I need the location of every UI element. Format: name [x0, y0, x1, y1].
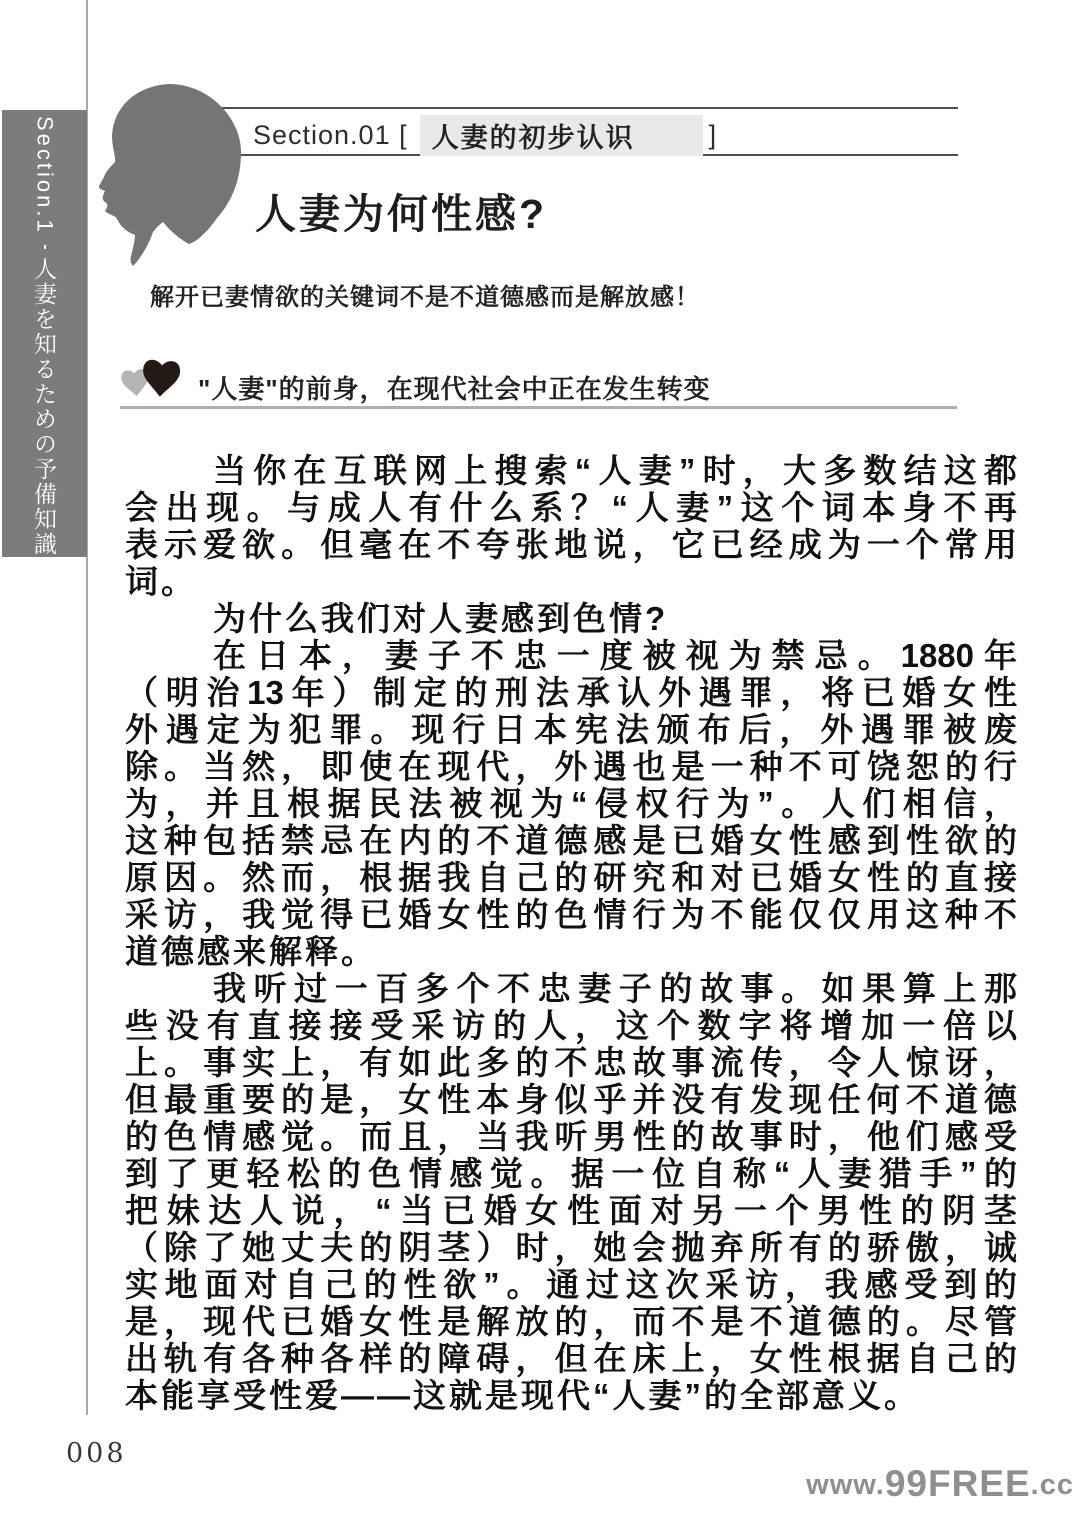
body-text-line: （除了她丈夫的阴茎）时，她会抛弃所有的骄傲，诚 [125, 1229, 1017, 1266]
body-text-line: 当你在互联网上搜索“人妻”时，大多数结这都 [125, 452, 1017, 489]
body-text: 当你在互联网上搜索“人妻”时，大多数结这都会出现。与成人有什么系？“人妻”这个词… [125, 452, 1017, 1414]
body-text-line: 本能享受性爱——这就是现代“人妻”的全部意义。 [125, 1377, 1017, 1414]
section-title-label: 人妻的初步认识 [420, 115, 703, 156]
body-text-line: 为什么我们对人妻感到色情? [125, 600, 1017, 637]
body-text-line: 的色情感觉。而且，当我听男性的故事时，他们感受 [125, 1118, 1017, 1155]
body-text-line: （明治13年）制定的刑法承认外遇罪，将已婚女性 [125, 674, 1017, 711]
sidebar-section-label: Section.1 [32, 116, 58, 235]
body-text-line: 些没有直接接受采访的人，这个数字将增加一倍以 [125, 1007, 1017, 1044]
body-text-line: 把妹达人说，“当已婚女性面对另一个男性的阴茎 [125, 1192, 1017, 1229]
watermark-suffix: .cc [1031, 1471, 1074, 1500]
body-text-line: 上。事实上，有如此多的不忠故事流传，令人惊讶， [125, 1044, 1017, 1081]
page-title: 人妻为何性感? [255, 181, 547, 240]
scanned-book-page: Section.1 人妻を知るための予備知識 Section.01 [ 人妻的初… [0, 0, 1080, 1532]
body-text-line: 但最重要的是，女性本身似乎并没有发现任何不道德 [125, 1081, 1017, 1118]
watermark: www. 99 FREE .cc [806, 1463, 1074, 1500]
body-text-line: 在日本，妻子不忠一度被视为禁忌。1880年 [125, 637, 1017, 674]
body-text-line: 外遇定为犯罪。现行日本宪法颁布后，外遇罪被废 [125, 711, 1017, 748]
sidebar-divider [44, 245, 46, 249]
section-number-label: Section.01 [ [253, 120, 408, 151]
body-text-line: 为，并且根据民法被视为“侵权行为”。人们相信， [125, 785, 1017, 822]
body-text-line: 表示爱欲。但毫在不夸张地说，它已经成为一个常用 [125, 526, 1017, 563]
watermark-name: FREE [928, 1465, 1031, 1502]
body-text-line: 除。当然，即使在现代，外遇也是一种不可饶恕的行 [125, 748, 1017, 785]
body-text-line: 实地面对自己的性欲”。通过这次采访，我感受到的 [125, 1266, 1017, 1303]
header-rule-top [214, 107, 958, 109]
body-text-line: 原因。然而，根据我自己的研究和对已婚女性的直接 [125, 859, 1017, 896]
page-subtitle: 解开已妻情欲的关键词不是不道德感而是解放感！ [150, 277, 700, 312]
body-text-line: 出轨有各种各样的障碍，但在床上，女性根据自己的 [125, 1340, 1017, 1377]
double-heart-icon [117, 358, 197, 410]
body-text-line: 这种包括禁忌在内的不道德感是已婚女性感到性欲的 [125, 822, 1017, 859]
woman-silhouette-icon [97, 82, 247, 268]
body-text-line: 会出现。与成人有什么系？“人妻”这个词本身不再 [125, 489, 1017, 526]
section-label-row: Section.01 [ 人妻的初步认识 ] [253, 119, 716, 151]
watermark-number: 99 [885, 1465, 928, 1502]
body-text-line: 采访，我觉得已婚女性的色情行为不能仅仅用这种不 [125, 896, 1017, 933]
sidebar-section-tab: Section.1 人妻を知るための予備知識 [2, 110, 87, 557]
body-text-line: 是，现代已婚女性是解放的，而不是不道德的。尽管 [125, 1303, 1017, 1340]
watermark-prefix: www. [806, 1471, 885, 1500]
sidebar-subtitle: 人妻を知るための予備知識 [28, 257, 61, 557]
highlight-underline [120, 406, 957, 409]
body-text-line: 词。 [125, 563, 1017, 600]
section-bracket-close: ] [709, 120, 717, 151]
body-text-line: 道德感来解释。 [125, 933, 1017, 970]
page-number: 008 [66, 1438, 127, 1469]
body-text-line: 我听过一百多个不忠妻子的故事。如果算上那 [125, 970, 1017, 1007]
highlight-heading: "人妻"的前身，在现代社会中正在发生转变 [198, 369, 711, 406]
body-text-line: 到了更轻松的色情感觉。据一位自称“人妻猎手”的 [125, 1155, 1017, 1192]
